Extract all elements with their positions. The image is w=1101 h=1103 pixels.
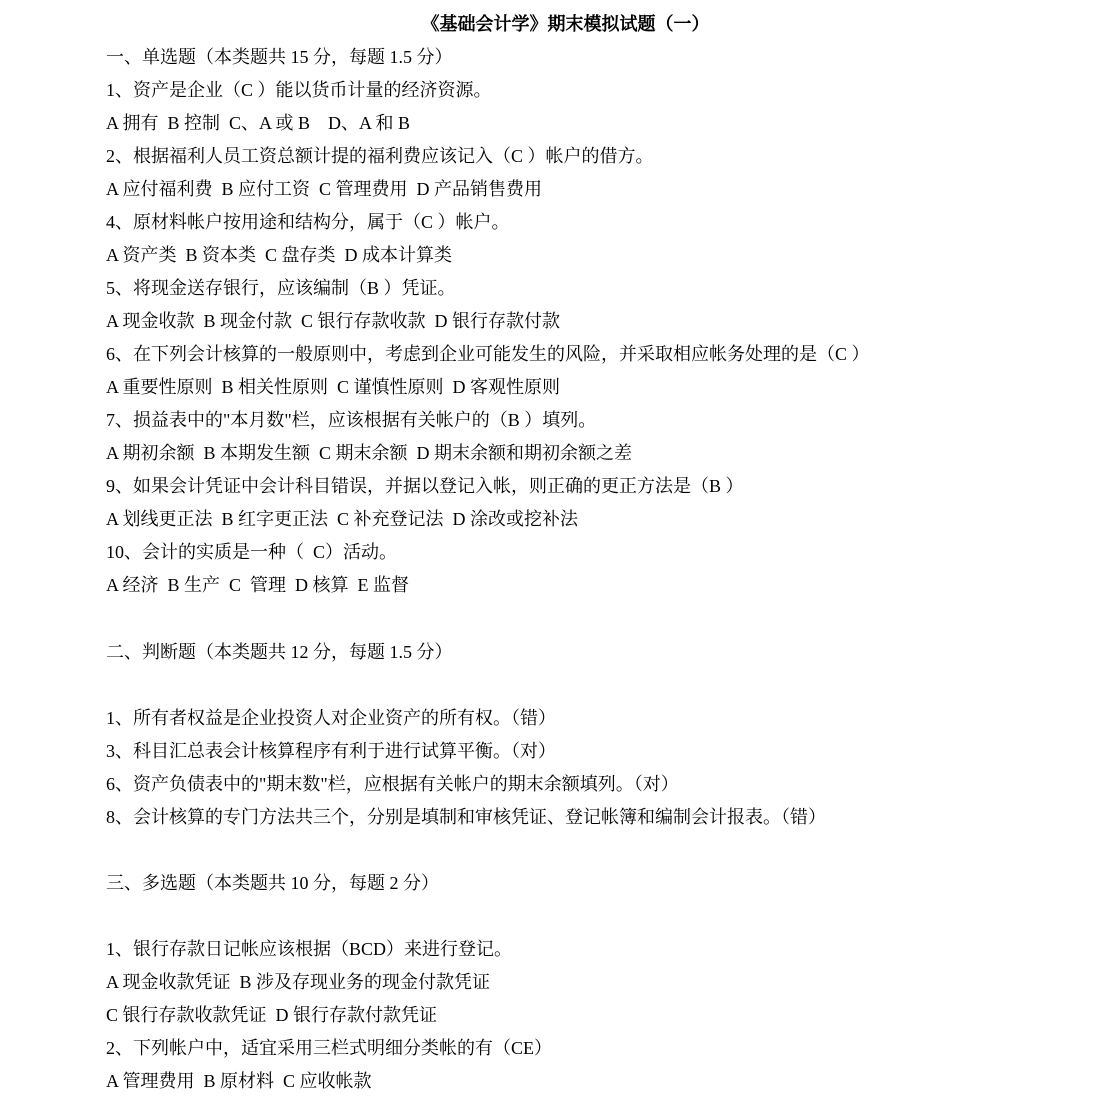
question-options: A 应付福利费 B 应付工资 C 管理费用 D 产品销售费用 <box>106 176 542 202</box>
section-heading-true-false: 二、判断题（本类题共 12 分，每题 1.5 分） <box>106 639 453 665</box>
question-text: 1、资产是企业（C ）能以货币计量的经济资源。 <box>106 77 492 103</box>
question-text: 5、将现金送存银行，应该编制（B ）凭证。 <box>106 275 456 301</box>
question-text: 9、如果会计凭证中会计科目错误，并据以登记入帐，则正确的更正方法是（B ） <box>106 473 744 499</box>
question-options: A 拥有 B 控制 C、A 或 B D、A 和 B <box>106 110 410 136</box>
document-title: 《基础会计学》期末模拟试题（一） <box>0 11 1101 37</box>
question-text: 6、在下列会计核算的一般原则中，考虑到企业可能发生的风险，并采取相应帐务处理的是… <box>106 341 870 367</box>
question-text: 3、科目汇总表会计核算程序有利于进行试算平衡。（对） <box>106 738 556 764</box>
question-text: 1、银行存款日记帐应该根据（BCD）来进行登记。 <box>106 936 512 962</box>
exam-document: 《基础会计学》期末模拟试题（一） 一、单选题（本类题共 15 分，每题 1.5 … <box>0 0 1101 1103</box>
question-options: A 划线更正法 B 红字更正法 C 补充登记法 D 涂改或挖补法 <box>106 506 578 532</box>
question-text: 6、资产负债表中的"期末数"栏，应根据有关帐户的期末余额填列。（对） <box>106 771 679 797</box>
question-text: 2、下列帐户中，适宜采用三栏式明细分类帐的有（CE） <box>106 1035 552 1061</box>
question-options: A 资产类 B 资本类 C 盘存类 D 成本计算类 <box>106 242 452 268</box>
question-options: A 重要性原则 B 相关性原则 C 谨慎性原则 D 客观性原则 <box>106 374 560 400</box>
question-text: 4、原材料帐户按用途和结构分，属于（C ）帐户。 <box>106 209 510 235</box>
section-heading-multiple-choice: 三、多选题（本类题共 10 分，每题 2 分） <box>106 870 439 896</box>
question-text: 8、会计核算的专门方法共三个，分别是填制和审核凭证、登记帐簿和编制会计报表。（错… <box>106 804 826 830</box>
question-options: A 现金收款 B 现金付款 C 银行存款收款 D 银行存款付款 <box>106 308 560 334</box>
question-options: C 银行存款收款凭证 D 银行存款付款凭证 <box>106 1002 437 1028</box>
question-text: 2、根据福利人员工资总额计提的福利费应该记入（C ）帐户的借方。 <box>106 143 654 169</box>
question-options: A 现金收款凭证 B 涉及存现业务的现金付款凭证 <box>106 969 490 995</box>
question-text: 1、所有者权益是企业投资人对企业资产的所有权。（错） <box>106 705 556 731</box>
question-options: A 经济 B 生产 C 管理 D 核算 E 监督 <box>106 572 409 598</box>
question-options: A 期初余额 B 本期发生额 C 期末余额 D 期末余额和期初余额之差 <box>106 440 632 466</box>
question-options: A 管理费用 B 原材料 C 应收帐款 <box>106 1068 372 1094</box>
question-text: 10、会计的实质是一种（ C）活动。 <box>106 539 397 565</box>
section-heading-single-choice: 一、单选题（本类题共 15 分，每题 1.5 分） <box>106 44 453 70</box>
question-text: 7、损益表中的"本月数"栏，应该根据有关帐户的（B ）填列。 <box>106 407 596 433</box>
